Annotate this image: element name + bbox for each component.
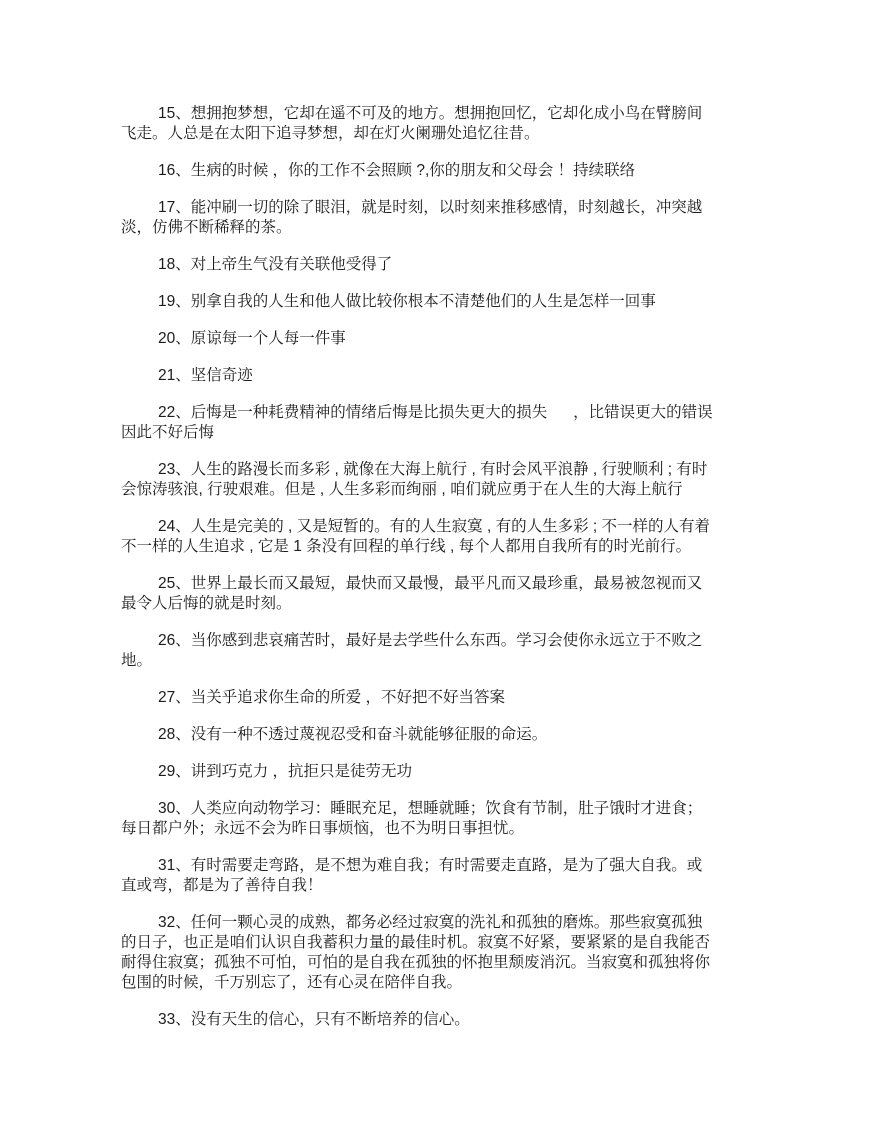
quote-paragraph-21: 21、坚信奇迹 [121, 366, 715, 386]
quote-paragraph-29: 29、讲到巧克力 ，抗拒只是徒劳无功 [121, 762, 715, 782]
quote-paragraph-26: 26、当你感到悲哀痛苦时，最好是去学些什么东西。学习会使你永远立于不败之地。 [121, 631, 715, 671]
quote-paragraph-16: 16、生病的时候 ，你的工作不会照顾 ?,你的朋友和父母会 ！持续联络 [121, 161, 715, 181]
quote-paragraph-18: 18、对上帝生气没有关联他受得了 [121, 255, 715, 275]
quote-paragraph-22: 22、后悔是一种耗费精神的情绪后悔是比损失更大的损失 ，比错误更大的错误因此不好… [121, 403, 715, 443]
quote-paragraph-33: 33、没有天生的信心，只有不断培养的信心。 [121, 1010, 715, 1030]
document-page: 15、想拥抱梦想，它却在遥不可及的地方。想拥抱回忆，它却化成小鸟在臂膀间飞走。人… [0, 0, 886, 1147]
quote-paragraph-23: 23、人生的路漫长而多彩 , 就像在大海上航行 , 有时会风平浪静 , 行驶顺利… [121, 460, 715, 500]
quote-paragraph-25: 25、世界上最长而又最短，最快而又最慢，最平凡而又最珍重，最易被忽视而又最令人后… [121, 574, 715, 614]
quote-paragraph-30: 30、人类应向动物学习：睡眠充足，想睡就睡；饮食有节制，肚子饿时才进食；每日都户… [121, 799, 715, 839]
quote-paragraph-20: 20、原谅每一个人每一件事 [121, 329, 715, 349]
quote-paragraph-32: 32、任何一颗心灵的成熟，都务必经过寂寞的洗礼和孤独的磨炼。那些寂寞孤独的日子，… [121, 913, 715, 993]
quote-paragraph-24: 24、人生是完美的 , 又是短暂的。有的人生寂寞 , 有的人生多彩 ; 不一样的… [121, 517, 715, 557]
quote-paragraph-31: 31、有时需要走弯路，是不想为难自我；有时需要走直路，是为了强大自我。或直或弯，… [121, 856, 715, 896]
quote-paragraph-19: 19、别拿自我的人生和他人做比较你根本不清楚他们的人生是怎样一回事 [121, 292, 715, 312]
quote-paragraph-17: 17、能冲刷一切的除了眼泪，就是时刻，以时刻来推移感情，时刻越长，冲突越淡，仿佛… [121, 198, 715, 238]
quote-paragraph-28: 28、没有一种不透过蔑视忍受和奋斗就能够征服的命运。 [121, 725, 715, 745]
quote-paragraph-27: 27、当关乎追求你生命的所爱 ，不好把不好当答案 [121, 688, 715, 708]
quote-paragraph-15: 15、想拥抱梦想，它却在遥不可及的地方。想拥抱回忆，它却化成小鸟在臂膀间飞走。人… [121, 104, 715, 144]
quote-list: 15、想拥抱梦想，它却在遥不可及的地方。想拥抱回忆，它却化成小鸟在臂膀间飞走。人… [121, 104, 715, 1030]
